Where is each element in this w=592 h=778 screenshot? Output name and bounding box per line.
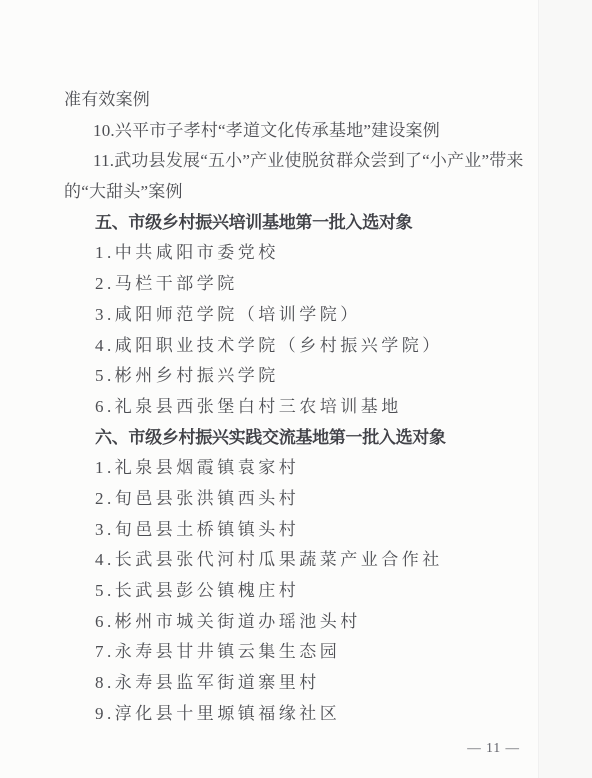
document-line: 的“大甜头”案例 (64, 177, 552, 208)
document-line: 1.中共咸阳市委党校 (64, 238, 552, 269)
document-line: 7.永寿县甘井镇云集生态园 (64, 637, 552, 668)
document-line: 1.礼泉县烟霞镇袁家村 (64, 453, 552, 484)
document-line: 5.彬州乡村振兴学院 (64, 361, 552, 392)
document-line: 10.兴平市子孝村“孝道文化传承基地”建设案例 (64, 116, 552, 147)
document-line: 3.旬邑县土桥镇镇头村 (64, 515, 552, 546)
section-heading: 六、市级乡村振兴实践交流基地第一批入选对象 (64, 423, 552, 454)
document-line: 4.长武县张代河村瓜果蔬菜产业合作社 (64, 545, 552, 576)
section-heading: 五、市级乡村振兴培训基地第一批入选对象 (64, 208, 552, 239)
document-body: 准有效案例10.兴平市子孝村“孝道文化传承基地”建设案例11.武功县发展“五小”… (64, 85, 552, 729)
document-line: 6.礼泉县西张堡白村三农培训基地 (64, 392, 552, 423)
document-line: 8.永寿县监军街道寨里村 (64, 668, 552, 699)
document-page: 准有效案例10.兴平市子孝村“孝道文化传承基地”建设案例11.武功县发展“五小”… (0, 0, 592, 778)
document-line: 3.咸阳师范学院（培训学院） (64, 300, 552, 331)
document-line: 2.马栏干部学院 (64, 269, 552, 300)
document-line: 2.旬邑县张洪镇西头村 (64, 484, 552, 515)
document-line: 6.彬州市城关街道办瑶池头村 (64, 607, 552, 638)
document-line: 9.淳化县十里塬镇福缘社区 (64, 699, 552, 730)
document-line: 5.长武县彭公镇槐庄村 (64, 576, 552, 607)
page-number: — 11 — (0, 740, 520, 756)
document-line: 11.武功县发展“五小”产业使脱贫群众尝到了“小产业”带来 (64, 146, 552, 177)
document-line: 准有效案例 (64, 85, 552, 116)
document-line: 4.咸阳职业技术学院（乡村振兴学院） (64, 331, 552, 362)
